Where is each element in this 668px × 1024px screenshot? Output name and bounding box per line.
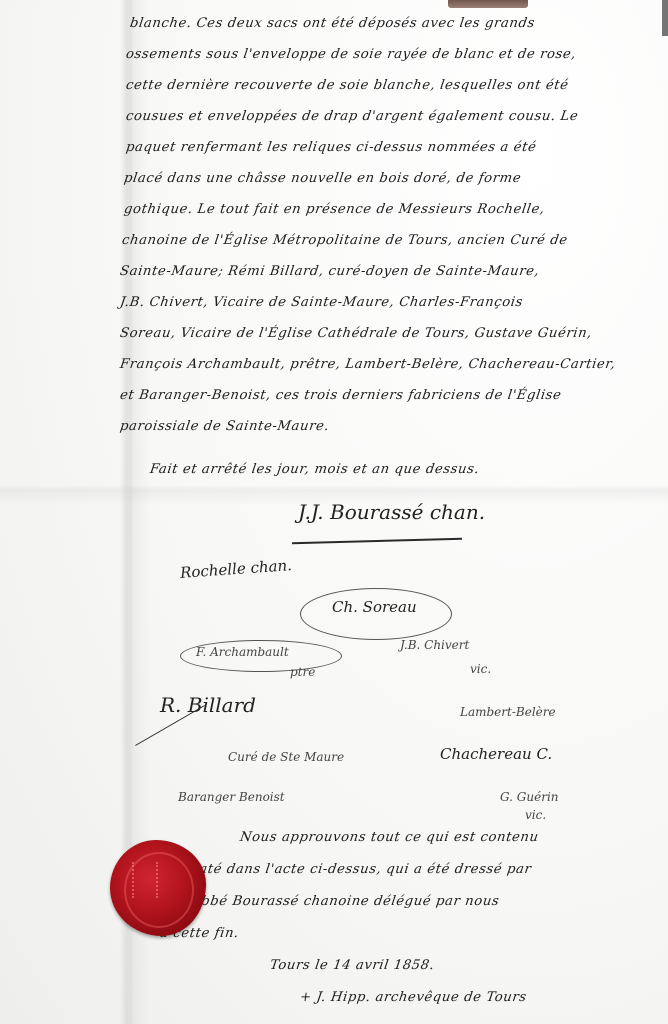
signature-billard-title: Curé de Ste Maure	[228, 750, 344, 764]
body-line: gothique. Le tout fait en présence de Me…	[123, 202, 546, 217]
wax-seal	[110, 840, 206, 936]
approbation-line: Nous approuvons tout ce qui est contenu	[239, 830, 540, 845]
body-line: et Baranger-Benoist, ces trois derniers …	[119, 388, 563, 403]
seal-emblem	[132, 862, 158, 898]
signature-lambert: Lambert-Belère	[460, 705, 556, 719]
binding-strip	[448, 0, 528, 8]
signature-soreau: Ch. Soreau	[332, 598, 417, 616]
body-line: Sainte-Maure; Rémi Billard, curé-doyen d…	[119, 264, 540, 279]
signature-bourasse: J.J. Bourassé chan.	[298, 500, 485, 524]
body-line: cette dernière recouverte de soie blanch…	[125, 78, 570, 93]
body-line: chanoine de l'Église Métropolitaine de T…	[121, 233, 569, 248]
signature-chivert: J.B. Chivert	[400, 638, 469, 652]
signature-chachereau: Chachereau C.	[440, 745, 552, 763]
signature-billard: R. Billard	[160, 693, 256, 717]
body-line: François Archambault, prêtre, Lambert-Be…	[119, 357, 617, 372]
body-line: cousues et enveloppées de drap d'argent …	[125, 109, 579, 124]
archbishop-signature: + J. Hipp. archevêque de Tours	[299, 990, 528, 1005]
signature-baranger: Baranger Benoist	[178, 790, 285, 804]
body-line: Soreau, Vicaire de l'Église Cathédrale d…	[119, 326, 593, 341]
approbation-line: et relaté dans l'acte ci-dessus, qui a é…	[159, 862, 533, 877]
date-line: Tours le 14 avril 1858.	[269, 958, 436, 973]
signature-guerin-suffix: vic.	[525, 808, 546, 822]
signature-archambault: F. Archambault	[196, 645, 289, 659]
signature-archambault-suffix: ptre	[290, 665, 315, 679]
body-line: J.B. Chivert, Vicaire de Sainte-Maure, C…	[119, 295, 524, 310]
signature-guerin: G. Guérin	[500, 790, 559, 804]
signature-chivert-suffix: vic.	[470, 662, 491, 676]
approbation-line: M. l'abbé Bourassé chanoine délégué par …	[159, 894, 500, 909]
body-line: paroissiale de Sainte-Maure.	[119, 419, 330, 434]
paper-edge	[662, 0, 668, 36]
body-line: paquet renfermant les reliques ci-dessus…	[125, 140, 537, 155]
body-line: blanche. Ces deux sacs ont été déposés a…	[129, 16, 536, 31]
body-line: ossements sous l'enveloppe de soie rayée…	[125, 47, 577, 62]
closing-line: Fait et arrêté les jour, mois et an que …	[149, 462, 480, 477]
body-line: placé dans une châsse nouvelle en bois d…	[123, 171, 522, 186]
